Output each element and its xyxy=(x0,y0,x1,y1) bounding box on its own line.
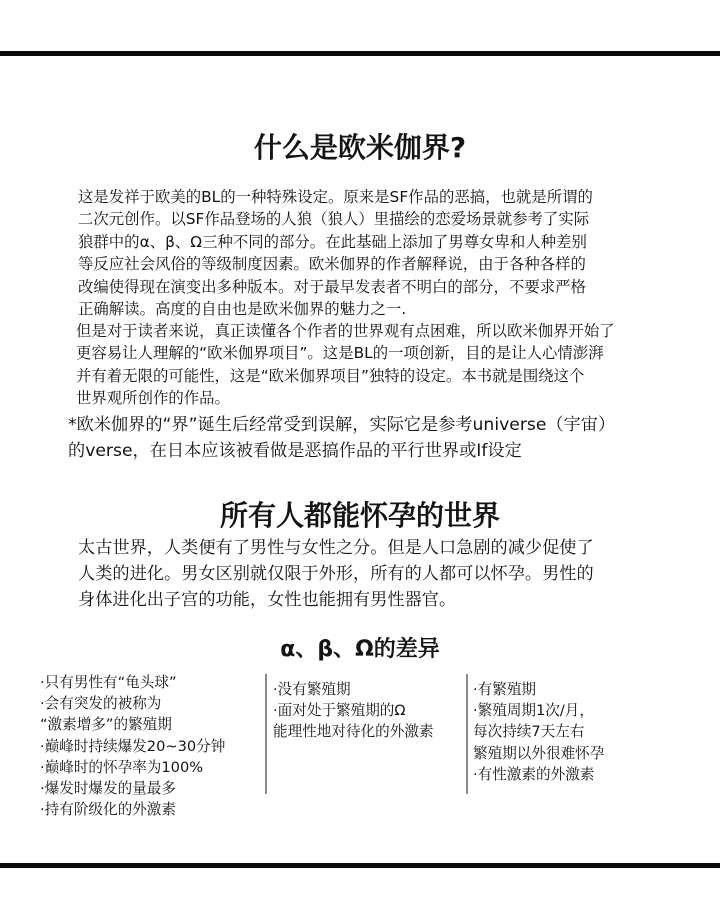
beta-column: ·没有繁殖期 ·面对处于繁殖期的Ω 能理性地对待化的外激素 xyxy=(273,679,434,743)
text-line: 二次元创作。以SF作品登场的人狼（狼人）里描绘的恋爱场景就参考了实际 xyxy=(78,208,593,230)
list-item: ·没有繁殖期 xyxy=(273,679,434,700)
list-item: ·持有阶级化的外激素 xyxy=(40,799,225,820)
project-paragraph: 但是对于读者来说，真正读懂各个作者的世界观有点困难，所以欧米伽界开始了 更容易让… xyxy=(76,320,615,410)
list-item: 每次持续7天左右 xyxy=(473,721,604,742)
text-line: 狼群中的α、β、Ω三种不同的部分。在此基础上添加了男尊女卑和人种差别 xyxy=(78,231,593,253)
list-item: ·有繁殖期 xyxy=(473,679,604,700)
list-item: ·巅峰时的怀孕率为100% xyxy=(40,757,225,778)
list-item: ·爆发时爆发的量最多 xyxy=(40,778,225,799)
alpha-column: ·只有男性有“龟头球” ·会有突发的被称为 “激素增多”的繁殖期 ·巅峰时持续爆… xyxy=(40,672,225,820)
section-title-pregnancy-world: 所有人都能怀孕的世界 xyxy=(0,494,720,534)
text-line: 人类的进化。男女区别就仅限于外形，所有的人都可以怀孕。男性的 xyxy=(78,561,594,587)
section-title-differences: α、β、Ω的差异 xyxy=(0,632,720,663)
list-item: ·只有男性有“龟头球” xyxy=(40,672,225,693)
list-item: ·巅峰时持续爆发20~30分钟 xyxy=(40,736,225,757)
text-line: 身体进化出子宫的功能，女性也能拥有男性器官。 xyxy=(78,587,594,613)
column-divider xyxy=(466,674,468,794)
text-line: 正确解读。高度的自由也是欧米伽界的魅力之一. xyxy=(78,298,593,320)
top-border-rule xyxy=(0,51,720,56)
list-item: 繁殖期以外很难怀孕 xyxy=(473,743,604,764)
column-divider xyxy=(265,674,267,794)
text-line: 等反应社会风俗的等级制度因素。欧米伽界的作者解释说，由于各种各样的 xyxy=(78,253,593,275)
list-item: ·面对处于繁殖期的Ω xyxy=(273,700,434,721)
omega-column: ·有繁殖期 ·繁殖周期1次/月， 每次持续7天左右 繁殖期以外很难怀孕 ·有性激… xyxy=(473,679,604,785)
text-line: *欧米伽界的“界”诞生后经常受到误解，实际它是参考universe（宇宙） xyxy=(68,412,615,438)
text-line: 这是发祥于欧美的BL的一种特殊设定。原来是SF作品的恶搞，也就是所谓的 xyxy=(78,186,593,208)
text-line: 改编使得现在演变出多种版本。对于最早发表者不明白的部分，不要求严格 xyxy=(78,276,593,298)
text-line: 太古世界，人类便有了男性与女性之分。但是人口急剧的减少促使了 xyxy=(78,535,594,561)
page-title: 什么是欧米伽界? xyxy=(0,126,720,166)
list-item: ·会有突发的被称为 xyxy=(40,693,225,714)
intro-paragraph: 这是发祥于欧美的BL的一种特殊设定。原来是SF作品的恶搞，也就是所谓的 二次元创… xyxy=(78,186,593,320)
text-line: 更容易让人理解的“欧米伽界项目”。这是BL的一项创新，目的是让人心情澎湃 xyxy=(76,342,615,364)
text-line: 但是对于读者来说，真正读懂各个作者的世界观有点困难，所以欧米伽界开始了 xyxy=(76,320,615,342)
text-line: 的verse，在日本应该被看做是恶搞作品的平行世界或If设定 xyxy=(68,438,615,464)
text-line: 并有着无限的可能性，这是“欧米伽界项目”独特的设定。本书就是围绕这个 xyxy=(76,365,615,387)
bottom-border-rule xyxy=(0,863,720,868)
list-item: ·有性激素的外激素 xyxy=(473,764,604,785)
footnote: *欧米伽界的“界”诞生后经常受到误解，实际它是参考universe（宇宙） 的v… xyxy=(68,412,615,464)
text-line: 世界观所创作的作品。 xyxy=(76,387,615,409)
list-item: 能理性地对待化的外激素 xyxy=(273,721,434,742)
list-item: “激素增多”的繁殖期 xyxy=(40,714,225,735)
list-item: ·繁殖周期1次/月， xyxy=(473,700,604,721)
pregnancy-world-paragraph: 太古世界，人类便有了男性与女性之分。但是人口急剧的减少促使了 人类的进化。男女区… xyxy=(78,535,594,613)
